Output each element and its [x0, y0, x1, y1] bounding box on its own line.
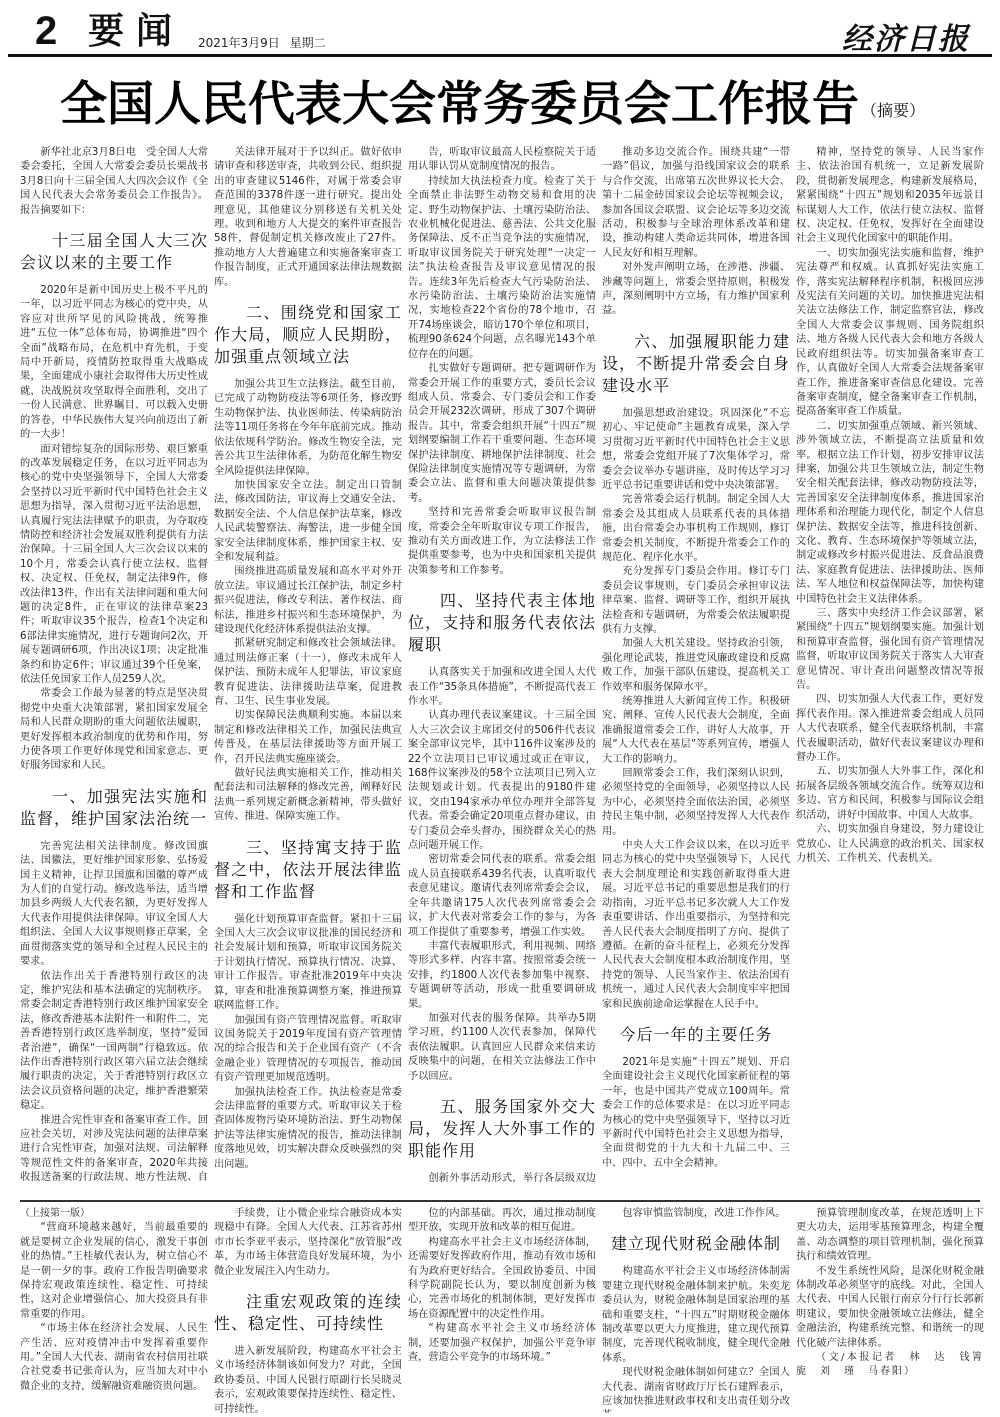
section-heading: 注重宏观政策的连续性、稳定性、可持续性: [214, 1291, 402, 1335]
byline: （文/本报记者 林 达 钱箐旎 刘 瑾 马春阳）: [796, 1351, 984, 1380]
text-column: 推动多边交流合作。围绕共建“一带一路”倡议，加强与沿线国家议会的联系与合作交流，…: [602, 146, 792, 1186]
paragraph: 强化计划预算审查监督。紧扣十三届全国人大三次会议审议批准的国民经济和社会发展计划…: [214, 913, 402, 1014]
paragraph: 五、切实加强人大外事工作，深化和拓展各层级各领域交流合作。统筹双边和多边、官方和…: [796, 765, 984, 823]
section-name: 要闻: [88, 10, 184, 52]
paragraph: 丰富代表履职形式，利用视频、网络等形式多样、内容丰富。按照常委会统一安排，约18…: [408, 940, 596, 1012]
paragraph: 2020年是新中国历史上极不平凡的一年，以习近平同志为核心的党中央，从容应对世所…: [20, 284, 208, 442]
paragraph: 告，听取审议最高人民检察院关于适用认罪认罚从宽制度情况的报告。: [408, 146, 596, 175]
paragraph: 六、切实加强自身建设，努力建设让党放心、让人民满意的政治机关、国家权力机关、工作…: [796, 823, 984, 866]
paragraph: 坚持和完善常委会听取审议报告制度，常委会全年听取审议专项工作报告，推动有关方面改…: [408, 506, 596, 578]
paragraph: 做好民法典实施相关工作，推动相关配套法和司法解释的修改完善，阐释好民法典一系列规…: [214, 767, 402, 825]
paragraph: 包容审慎监管制度，改进工作作风。: [602, 1207, 790, 1221]
paragraph: 现代财税金融体制如何建立？全国人大代表、湖南省财政厅厅长石建辉表示，应该加快推进…: [602, 1366, 790, 1413]
paragraph: 推进合宪性审查和备案审查工作。回应社会关切，对涉及宪法问题的法律草案进行合宪性审…: [20, 1114, 208, 1186]
section-heading: 五、服务国家外交大局，发挥人大外事工作的职能作用: [408, 1096, 596, 1162]
paragraph: 统筹推进人大新闻宣传工作。积极研究、阐释、宣传人民代表大会制度，全面准确报道常委…: [602, 695, 790, 767]
section-heading: 一、加强宪法实施和监督，维护国家法治统一: [20, 786, 208, 830]
paragraph: 构建高水平社会主义市场经济体制需要建立现代财税金融体制来护航。朱奕龙委员认为，财…: [602, 1265, 790, 1366]
paragraph: 充分发挥专门委员会作用。修订专门委员会议事规则，专门委员会承担审议法律草案、监督…: [602, 565, 790, 637]
section-divider: [20, 1200, 980, 1202]
weekday: 星期二: [290, 36, 326, 50]
paragraph: 常委会工作最为显著的特点是坚决贯彻党中央重大决策部署，紧扣国家发展全局和人民群众…: [20, 687, 208, 773]
text-column: 预算管理制度改革，在规范透明上下更大功夫，运用零基预算理念，构建全覆盖、动态调整…: [796, 1207, 986, 1413]
section-heading: 四、坚持代表主体地位，支持和服务代表依法履职: [408, 590, 596, 656]
section-heading: 建立现代财税金融体制: [602, 1233, 790, 1255]
paragraph: 加快国家安全立法。制定出口管制法，修改国防法，审议海上交通安全法、数据安全法、个…: [214, 479, 402, 565]
paragraph: 面对错综复杂的国际形势、艰巨繁重的改革发展稳定任务，在以习近平同志为核心的党中央…: [20, 443, 208, 688]
paragraph: 密切常委会同代表的联系。常委会组成人员直接联系439名代表，认真听取代表意见建议…: [408, 853, 596, 939]
continued-article-body: （上接第一版）“营商环境越来越好，当前最重要的就是要树立企业发展的信心，激发干事…: [20, 1207, 990, 1413]
paragraph: 依法作出关于香港特别行政区的决定，维护宪法和基本法确定的宪制秩序。常委会制定香港…: [20, 970, 208, 1114]
paragraph: 进入新发展阶段，构建高水平社会主义市场经济体制该如何发力？对此，全国政协委员、中…: [214, 1345, 402, 1413]
paragraph: 围绕推进高质量发展和高水平对外开放立法。审议通过长江保护法，制定乡村振兴促进法，…: [214, 565, 402, 637]
masthead: 2 要闻 2021年3月9日 星期二 经济日报: [0, 0, 1000, 60]
paragraph: 认真落实关于加强和改进全国人大代表工作“35条具体措施”，不断提高代表工作水平。: [408, 666, 596, 709]
paragraph: 2021年是实施“十四五”规划、开启全面建设社会主义现代化国家新征程的第一年，也…: [602, 1056, 790, 1171]
paragraph: 持续加大执法检查力度。检查了关于全面禁止非法野生动物交易和食用的决定、野生动物保…: [408, 175, 596, 362]
paragraph: 中央人大工作会议以来，在以习近平同志为核心的党中央坚强领导下，人民代表大会制度理…: [602, 839, 790, 1012]
paragraph: “市场主体在经济社会发展、人民生产生活、应对疫情冲击中发挥着重要作用。”全国人大…: [20, 1322, 208, 1394]
article-body: 新华社北京3月8日电 受全国人大常委会委托，全国人大常委会委员长栗战书3月8日向…: [20, 146, 990, 1186]
headline-subtitle: （摘要）: [861, 101, 925, 120]
paragraph: 四、切实加强人大代表工作，更好发挥代表作用。深入推进常委会组成人员同人大代表联系…: [796, 693, 984, 765]
text-column: 关法律开展对于予以纠正。做好依申请审查和移送审查，共收到公民、组织提出的审查建议…: [214, 146, 404, 1186]
paragraph: 回顾常委会工作，我们深刻认识到，必须坚持党的全面领导，必须坚持以人民为中心，必须…: [602, 767, 790, 839]
paragraph: 新华社北京3月8日电 受全国人大常委会委托，全国人大常委会委员长栗战书3月8日向…: [20, 146, 208, 218]
paragraph: 不发生系统性风险，是深化财税金融体制改革必须坚守的底线。对此，全国人大代表、中国…: [796, 1265, 984, 1351]
text-column: 包容审慎监管制度，改进工作作风。建立现代财税金融体制构建高水平社会主义市场经济体…: [602, 1207, 792, 1413]
paragraph: 创新外事活动形式，举行各层级双边视频活动46场，出席视频会议25场，进行通话交流…: [408, 1172, 596, 1186]
dateline: 2021年3月9日 星期二: [198, 34, 326, 51]
text-column: 告，听取审议最高人民检察院关于适用认罪认罚从宽制度情况的报告。持续加大执法检查力…: [408, 146, 598, 1186]
newspaper-logo: 经济日报: [842, 14, 970, 58]
headline-title: 全国人民代表大会常务委员会工作报告: [60, 77, 859, 132]
paragraph: 二、切实加强重点领域、新兴领域、涉外领域立法，不断提高立法质量和效率。根据立法工…: [796, 420, 984, 607]
paragraph: 完善常委会运行机制。制定全国人大常委会及其组成人员联系代表的具体措施，出台常委会…: [602, 493, 790, 565]
paragraph: 位的内部基础。再次，通过推动制度型开放，实现开放和改革的相互促进。: [408, 1207, 596, 1236]
paragraph: 抓紧研究制定和修改社会领域法律。通过刑法修正案（十一），修改未成年人保护法、预防…: [214, 637, 402, 709]
paragraph: 精神，坚持党的领导、人民当家作主、依法治国有机统一，立足新发展阶段，贯彻新发展理…: [796, 146, 984, 247]
paragraph: “营商环境越来越好，当前最重要的就是要树立企业发展的信心，激发干事创业的热情。”…: [20, 1221, 208, 1322]
paragraph: 加强执法检查工作。执法检查是常委会法律监督的重要方式。听取审议关于检查固体废物污…: [214, 1086, 402, 1172]
text-column: 新华社北京3月8日电 受全国人大常委会委托，全国人大常委会委员长栗战书3月8日向…: [20, 146, 210, 1186]
paragraph: 加强国有资产管理情况监督。听取审议国务院关于2019年度国有资产管理情况的综合报…: [214, 1014, 402, 1086]
section-heading: 十三届全国人大三次会议以来的主要工作: [20, 230, 208, 274]
paragraph: 手续费，让小微企业综合融资成本实现稳中有降。全国人大代表、江苏省苏州市市长李亚平…: [214, 1207, 402, 1279]
paragraph: 完善宪法相关法律制度。修改国旗法、国徽法，更好维护国家形象、弘扬爱国主义精神，让…: [20, 840, 208, 970]
section-heading: 三、坚持寓支持于监督之中，依法开展法律监督和工作监督: [214, 837, 402, 903]
text-column: 精神，坚持党的领导、人民当家作主、依法治国有机统一，立足新发展阶段，贯彻新发展理…: [796, 146, 986, 1186]
paragraph: 预算管理制度改革，在规范透明上下更大功夫，运用零基预算理念，构建全覆盖、动态调整…: [796, 1207, 984, 1265]
paragraph: 一、切实加强宪法实施和监督，维护宪法尊严和权威。认真抓好宪法实施工作，落实宪法解…: [796, 247, 984, 420]
text-column: 位的内部基础。再次，通过推动制度型开放，实现开放和改革的相互促进。构建高水平社会…: [408, 1207, 598, 1413]
paragraph: 切实保障民法典顺利实施。本届以来制定和修改法律相关工作，加强民法典宣传普及，在基…: [214, 709, 402, 767]
paragraph: 对外发声阐明立场，在涉港、涉疆、涉藏等问题上，常委会坚持原则，积极发声，深刻阐明…: [602, 261, 790, 319]
paragraph: 加强思想政治建设。巩固深化“不忘初心、牢记使命”主题教育成果，深入学习贯彻习近平…: [602, 407, 790, 493]
paragraph: “构建高水平社会主义市场经济体制，还要加强产权保护，加强公平竞争审查，营造公平竞…: [408, 1322, 596, 1365]
section-heading: 今后一年的主要任务: [602, 1024, 790, 1046]
date: 2021年3月9日: [198, 36, 280, 50]
continued-from-label: （上接第一版）: [20, 1207, 208, 1221]
headline: 全国人民代表大会常务委员会工作报告（摘要）: [60, 74, 940, 136]
paragraph: 构建高水平社会主义市场经济体制，还需要好发挥政府作用，推动有效市场和有为政府更好…: [408, 1236, 596, 1322]
paragraph: 扎实做好专题调研。把专题调研作为常委会开展工作的重要方式，委员长会议组成人员、常…: [408, 362, 596, 506]
paragraph: 三、落实中央经济工作会议部署，紧紧围绕“十四五”规划纲要实施。加强计划和预算审查…: [796, 607, 984, 693]
paragraph: 关法律开展对于予以纠正。做好依申请审查和移送审查，共收到公民、组织提出的审查建议…: [214, 146, 402, 290]
page-number: 2: [35, 10, 57, 52]
text-column: （上接第一版）“营商环境越来越好，当前最重要的就是要树立企业发展的信心，激发干事…: [20, 1207, 210, 1413]
text-column: 手续费，让小微企业综合融资成本实现稳中有降。全国人大代表、江苏省苏州市市长李亚平…: [214, 1207, 404, 1413]
paragraph: 推动多边交流合作。围绕共建“一带一路”倡议，加强与沿线国家议会的联系与合作交流，…: [602, 146, 790, 261]
section-heading: 六、加强履职能力建设，不断提升常委会自身建设水平: [602, 331, 790, 397]
paragraph: 认真办理代表议案建议。十三届全国人大三次会议主席团交付的506件代表议案全部审议…: [408, 709, 596, 853]
paragraph: 加强公共卫生立法修法。截至目前，已完成了动物防疫法等6项任务，修改野生动物保护法…: [214, 378, 402, 479]
masthead-rule: [8, 54, 992, 57]
paragraph: 加强人大机关建设。坚持政治引领，强化理论武装，推进党风廉政建设和反腐败工作，加强…: [602, 637, 790, 695]
section-heading: 二、围绕党和国家工作大局，顺应人民期盼，加强重点领域立法: [214, 302, 402, 368]
paragraph: 加强对代表的服务保障。共举办5期学习班，约1100人次代表参加，保障代表依法履职…: [408, 1012, 596, 1084]
